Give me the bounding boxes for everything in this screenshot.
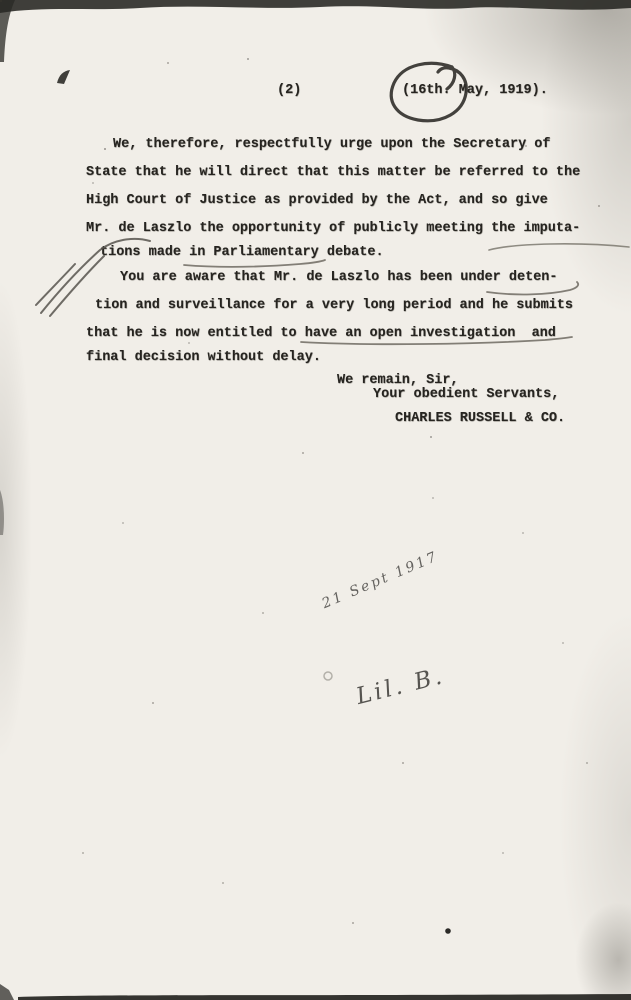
typed-line: You are aware that Mr. de Laszlo has bee…: [120, 270, 557, 286]
scan-edge-bottom-left: [0, 984, 14, 1000]
typed-line: Mr. de Laszlo the opportunity of publicl…: [86, 221, 580, 237]
scan-edge-top: [0, 0, 631, 13]
typed-line: We, therefore, respectfully urge upon th…: [113, 137, 550, 153]
page-number: (2): [277, 83, 301, 99]
signature: CHARLES RUSSELL & CO.: [395, 411, 565, 427]
closing-valediction: Your obedient Servants,: [373, 387, 559, 403]
date-circled-part: (16th.: [402, 83, 451, 98]
ink-dot: [445, 928, 451, 934]
paper-speckles: [0, 0, 2, 2]
date-rest-part: May, 1919).: [451, 83, 548, 98]
scanned-letter-page: (2) (16th. May, 1919). We, therefore, re…: [0, 0, 631, 1000]
small-arrow-mark: [57, 70, 70, 84]
faint-ring-mark: [324, 672, 332, 680]
handwritten-initials: Lil. B.: [354, 663, 447, 710]
typed-line: that he is now entitled to have an open …: [86, 326, 556, 342]
pencil-line-right-margin: [489, 244, 629, 250]
date-line: (16th. May, 1919).: [402, 83, 548, 99]
scan-edge-bottom: [18, 994, 631, 1000]
typed-line: tion and surveillance for a very long pe…: [95, 298, 573, 314]
handwritten-date-note: 21 Sept 1917: [320, 549, 441, 612]
underline-parliamentary-debate: [184, 260, 325, 267]
scan-edge-top-left: [0, 0, 15, 62]
typed-line: State that he will direct that this matt…: [86, 165, 580, 181]
typed-line: High Court of Justice as provided by the…: [86, 193, 548, 209]
typed-line: tions made in Parliamentary debate.: [100, 245, 384, 261]
typed-line: final decision without delay.: [86, 350, 321, 366]
scan-edge-left-smudge: [0, 490, 4, 535]
